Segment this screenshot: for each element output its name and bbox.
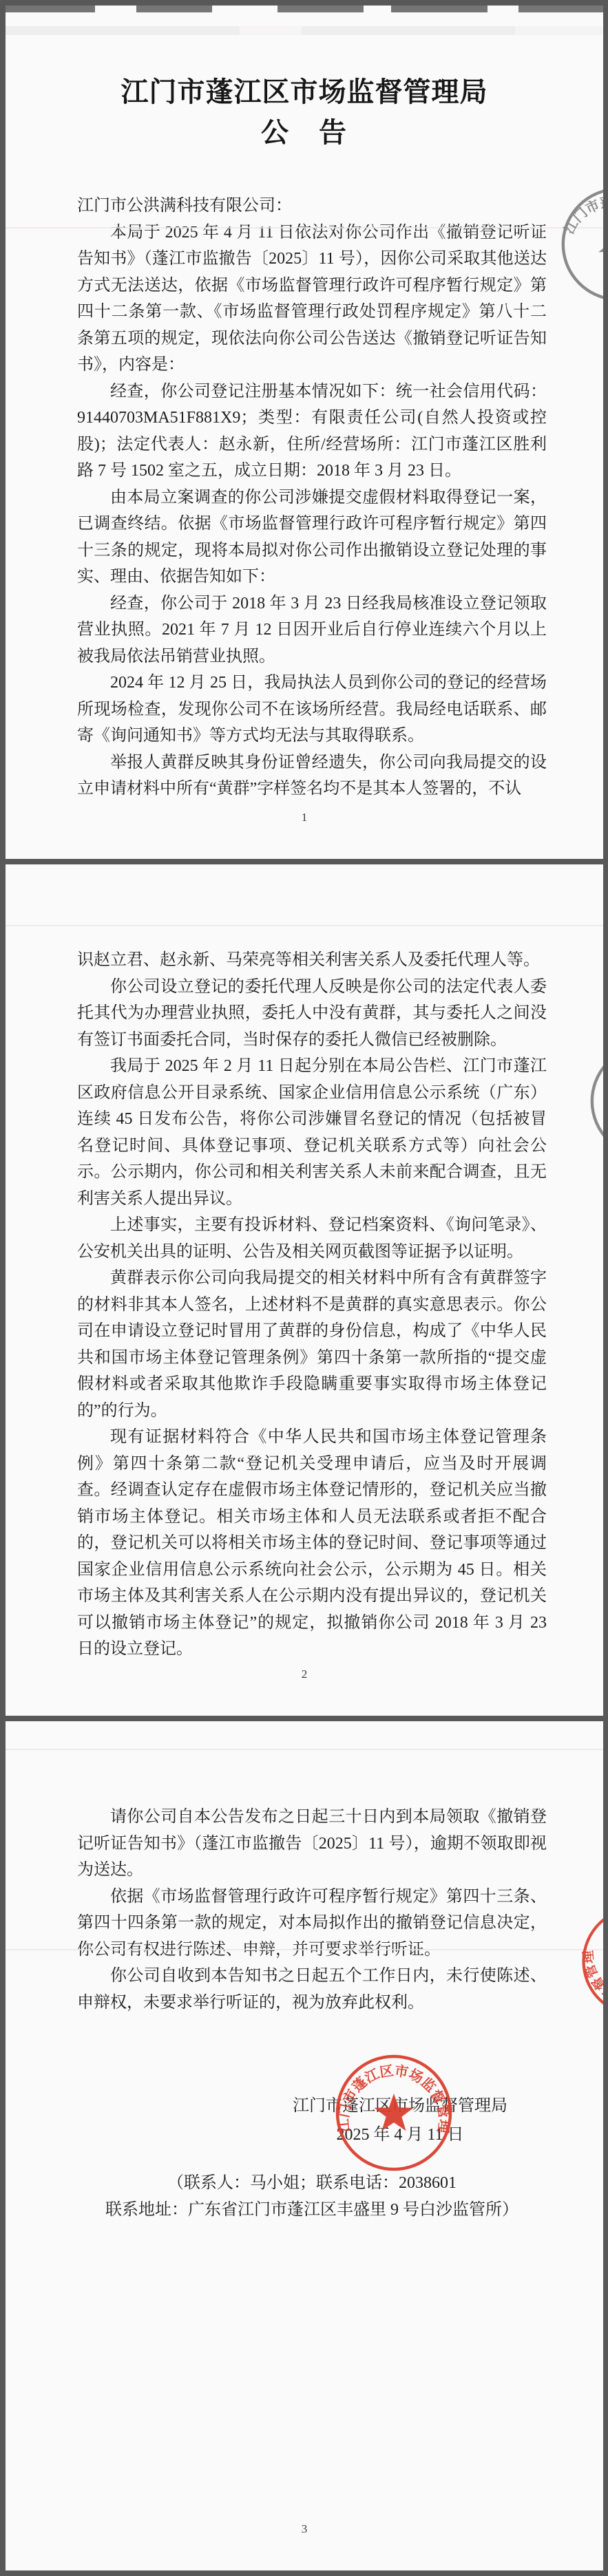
body-paragraph: 你公司自收到本告知书之日起五个工作日内，未行使陈述、申辩权，未要求举行听证的，视… (77, 1963, 547, 2016)
body-paragraph: 举报人黄群反映其身份证曾经遗失，你公司向我局提交的设立申请材料中所有“黄群”字样… (77, 749, 547, 802)
scan-artifact-top-edge (6, 6, 603, 12)
signature-block: 江门市蓬江区市场监督管理局 2025 年 4 月 11 日 (293, 2091, 507, 2149)
body-paragraph: 我局于 2025 年 2 月 11 日起分别在本局公告栏、江门市蓬江区政府信息公… (77, 1053, 547, 1212)
body-paragraph-continuation: 识赵立君、赵永新、马荣亮等相关利害关系人及委托代理人等。 (77, 947, 547, 974)
page-3: 请你公司自本公告发布之日起三十日内到本局领取《撤销登记听证告知书》（蓬江市监撤告… (6, 1721, 603, 2570)
document-type-title: 公 告 (77, 111, 532, 154)
body-paragraph: 你公司设立登记的委托代理人反映是你公司的法定代表人委托其代为办理营业执照，委托人… (77, 974, 547, 1054)
scan-artifact-shadow (6, 26, 603, 35)
salutation: 江门市公洪满科技有限公司： (77, 193, 547, 220)
page-number: 3 (6, 2522, 603, 2536)
scanned-document: 江门市蓬江区市场监督管理局 公 告 江门市公洪满科技有限公司： 本局于 2025… (0, 0, 608, 2576)
body-paragraph: 2024 年 12 月 25 日，我局执法人员到你公司的登记的经营场所现场检查，… (77, 670, 547, 749)
scan-artifact-line (6, 925, 603, 926)
body-paragraph: 经查，你公司于 2018 年 3 月 23 日经我局核准设立登记领取营业执照。2… (77, 590, 547, 670)
page-2-body: 识赵立君、赵永新、马荣亮等相关利害关系人及委托代理人等。 你公司设立登记的委托代… (6, 947, 603, 1663)
scan-artifact-line (6, 1749, 603, 1750)
page-number: 2 (6, 1668, 603, 1681)
page-1-body: 江门市公洪满科技有限公司： 本局于 2025 年 4 月 11 日依法对你公司作… (6, 193, 603, 802)
body-paragraph: 本局于 2025 年 4 月 11 日依法对你公司作出《撤销登记听证告知书》（蓬… (77, 220, 547, 379)
page-2: 识赵立君、赵永新、马荣亮等相关利害关系人及委托代理人等。 你公司设立登记的委托代… (6, 864, 603, 1716)
page-number: 1 (6, 811, 603, 824)
body-paragraph: 现有证据材料符合《中华人民共和国市场主体登记管理条例》第四十条第二款“登记机关受… (77, 1424, 547, 1663)
body-paragraph: 由本局立案调查的你公司涉嫌提交虚假材料取得登记一案，已调查终结。依据《市场监督管… (77, 485, 547, 590)
body-paragraph: 请你公司自本公告发布之日起三十日内到本局领取《撤销登记听证告知书》（蓬江市监撤告… (77, 1804, 547, 1884)
body-paragraph: 依据《市场监督管理行政许可程序暂行规定》第四十三条、第四十四条第一款的规定，对本… (77, 1884, 547, 1963)
contact-person-phone: （联系人：马小姐；联系电话：2038601 (77, 2170, 547, 2197)
body-paragraph: 黄群表示你公司向我局提交的相关材料中所有含有黄群签字的材料非其本人签名，上述材料… (77, 1265, 547, 1424)
document-issuer-title: 江门市蓬江区市场监督管理局 (77, 73, 532, 111)
page-1: 江门市蓬江区市场监督管理局 公 告 江门市公洪满科技有限公司： 本局于 2025… (6, 6, 603, 859)
body-paragraph: 经查，你公司登记注册基本情况如下：统一社会信用代码：91440703MA51F8… (77, 379, 547, 485)
signature-issuer: 江门市蓬江区市场监督管理局 (293, 2091, 507, 2120)
scan-artifact-line (6, 1949, 603, 1950)
page-3-body: 请你公司自本公告发布之日起三十日内到本局领取《撤销登记听证告知书》（蓬江市监撤告… (6, 1804, 603, 2016)
contact-block: （联系人：马小姐；联系电话：2038601 联系地址：广东省江门市蓬江区丰盛里 … (77, 2170, 547, 2223)
body-paragraph: 上述事实，主要有投诉材料、登记档案资料、《询问笔录》、公安机关出具的证明、公告及… (77, 1212, 547, 1265)
scan-artifact-line (6, 227, 603, 228)
contact-address: 联系地址：广东省江门市蓬江区丰盛里 9 号白沙监管所） (77, 2197, 547, 2224)
signature-date: 2025 年 4 月 11 日 (293, 2120, 507, 2149)
